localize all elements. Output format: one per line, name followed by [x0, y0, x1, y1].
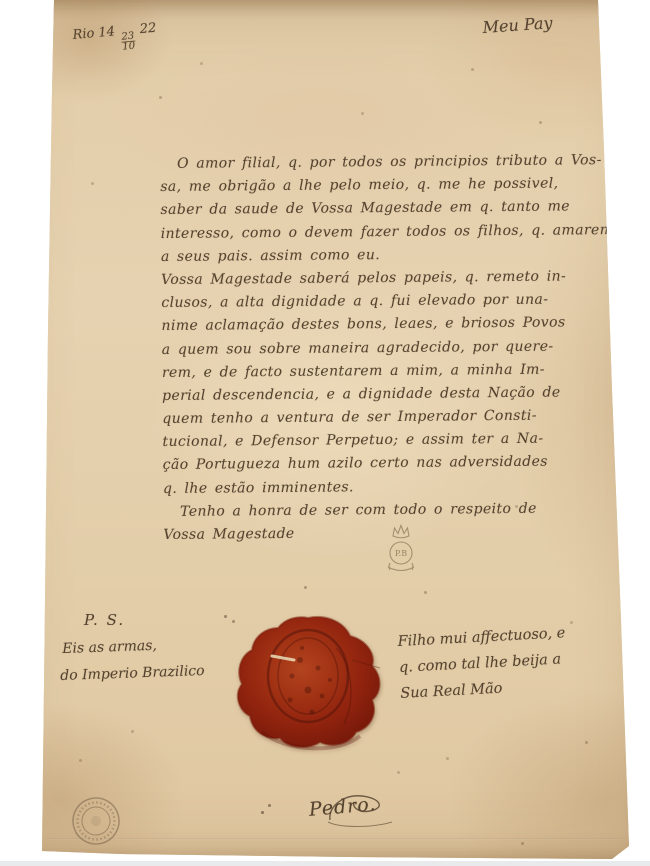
body-line: a quem sou sobre maneira agradecido, por… — [162, 335, 598, 362]
ink-speckles — [0, 0, 1, 1]
archival-note-month: 10 — [122, 42, 135, 52]
paper-crease — [46, 838, 622, 840]
body-line: ção Portugueza hum azilo certo nas adver… — [163, 451, 599, 478]
archival-note-fraction: 2310 — [120, 32, 136, 52]
archival-note-year: 22 — [139, 21, 157, 37]
body-line: Tenho a honra de ser com todo o respeito… — [163, 497, 599, 524]
monogram-letters: P.B — [395, 549, 407, 558]
scanned-letter-page: Rio 14 2310 22 Meu Pay O amor filial, q.… — [0, 0, 650, 866]
body-line: saber da saude de Vossa Magestade em q. … — [160, 196, 596, 223]
postscript-heading: P. S. — [84, 611, 125, 629]
crowned-monogram-stamp-icon: P.B — [380, 523, 422, 575]
body-line: nime aclamação destes bons, leaes, e bri… — [161, 312, 597, 339]
wax-blob — [238, 617, 380, 747]
paper-sheet: Rio 14 2310 22 Meu Pay O amor filial, q.… — [0, 0, 650, 866]
body-line: interesso, como o devem fazer todos os f… — [161, 219, 597, 246]
postscript-line: Eis as armas, — [62, 638, 157, 657]
archival-note-prefix: Rio 14 — [72, 24, 116, 43]
letter-body: O amor filial, q. por todos os principio… — [160, 149, 599, 547]
closing-block: Filho mui affectuoso, e q. como tal lhe … — [397, 620, 569, 707]
scan-bottom-edge — [0, 861, 650, 866]
wax-seal — [225, 605, 395, 765]
